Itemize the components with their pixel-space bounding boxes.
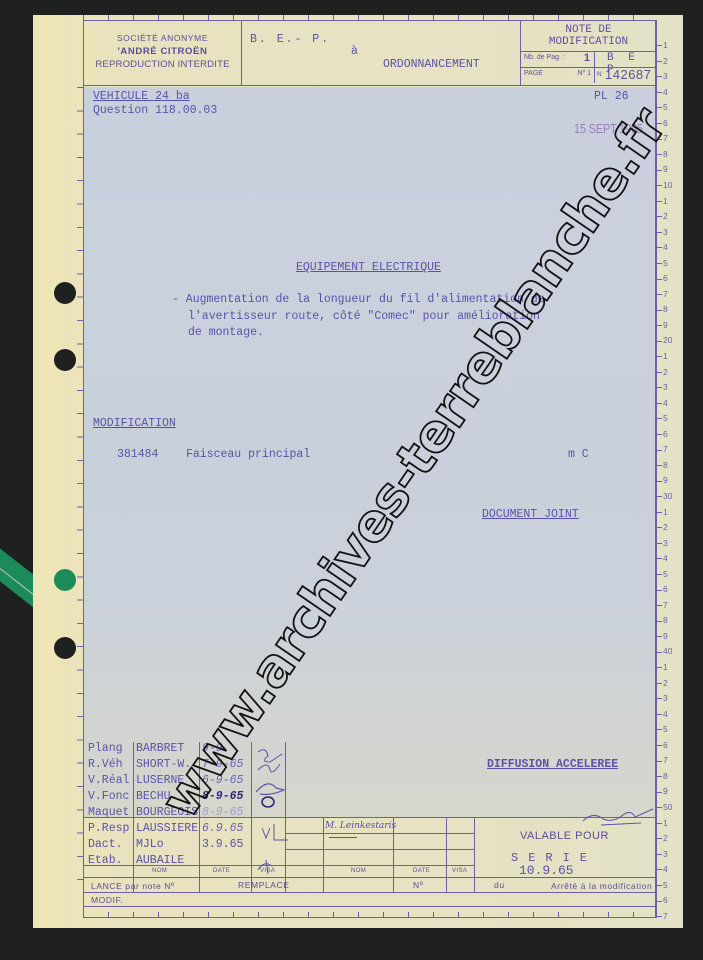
ruler-mark: 5 bbox=[656, 880, 668, 890]
pages-value: 1 bbox=[584, 52, 590, 64]
page-cell: PAGE Nº 1 bbox=[521, 68, 595, 83]
ruler-mark: 40 bbox=[656, 646, 672, 656]
role: Plang bbox=[88, 742, 123, 755]
punch-hole bbox=[54, 282, 76, 304]
ruler-mark: 9 bbox=[656, 631, 668, 641]
ruler-mark: 1 bbox=[656, 818, 668, 828]
pages-cell: Nb. de Pag. : 1 bbox=[521, 52, 595, 67]
modification-heading: MODIFICATION bbox=[93, 417, 176, 430]
grid-line bbox=[474, 817, 475, 892]
ruler-mark: 1 bbox=[656, 351, 668, 361]
ruler-mark: 1 bbox=[656, 662, 668, 672]
ruler-mark: 3 bbox=[656, 382, 668, 392]
ruler-mark: 20 bbox=[656, 335, 672, 345]
person-name: LAUSSIERE bbox=[136, 822, 198, 835]
ruler-mark: 4 bbox=[656, 242, 668, 252]
ruler-mark: 2 bbox=[656, 678, 668, 688]
lance-label: LANCE par note Nº bbox=[91, 881, 175, 891]
person-name: BARBRET bbox=[136, 742, 184, 755]
header-divider bbox=[84, 85, 655, 86]
number-label: Nº bbox=[413, 880, 423, 890]
question-ref: Question 118.00.03 bbox=[93, 104, 217, 117]
ruler-mark: 5 bbox=[656, 724, 668, 734]
note-title-line-2: MODIFICATION bbox=[521, 36, 656, 48]
ruler-mark: 10 bbox=[656, 180, 672, 190]
description-line-3: de montage. bbox=[188, 326, 264, 339]
note-title: NOTE DE MODIFICATION bbox=[521, 24, 656, 48]
ruler-mark: 4 bbox=[656, 709, 668, 719]
ruler-mark: 8 bbox=[656, 615, 668, 625]
modification-note-sheet: SOCIÉTÉ ANONYME 'ANDRÉ CITROËN REPRODUCT… bbox=[33, 15, 683, 928]
ruler-mark: 1 bbox=[656, 40, 668, 50]
page-number: Nº 1 bbox=[578, 70, 591, 77]
note-title-line-1: NOTE DE bbox=[521, 24, 656, 36]
handwritten-name: M. Leinkestaris bbox=[325, 821, 396, 831]
ruler-mark: 4 bbox=[656, 398, 668, 408]
du-label: du bbox=[494, 880, 505, 890]
ruler-mark: 6 bbox=[656, 895, 668, 905]
valid-for-label: VALABLE POUR bbox=[520, 830, 609, 842]
ruler-mark: 5 bbox=[656, 413, 668, 423]
section-title: EQUIPEMENT ELECTRIQUE bbox=[296, 261, 441, 274]
ruler-mark: 2 bbox=[656, 211, 668, 221]
series-date: 10.9.65 bbox=[519, 863, 574, 878]
column-header-nom: NOM bbox=[152, 868, 167, 874]
arrete-label: Arrêté à la modification bbox=[551, 881, 652, 891]
company-line-1: SOCIÉTÉ ANONYME bbox=[84, 32, 241, 45]
grid-line bbox=[84, 906, 655, 907]
ruler-mark: 6 bbox=[656, 740, 668, 750]
handwritten-underline bbox=[329, 837, 357, 838]
grid-line bbox=[285, 833, 474, 834]
vehicle-code: VEHICULE 24 ba bbox=[93, 90, 190, 103]
column-header-date: DATE bbox=[213, 868, 230, 874]
ruler-mark: 9 bbox=[656, 475, 668, 485]
approval-signature bbox=[581, 805, 661, 827]
signature-scribbles bbox=[252, 742, 288, 882]
ruler-mark: 7 bbox=[656, 600, 668, 610]
column-header-nom-2: NOM bbox=[351, 868, 366, 874]
ruler-mark: 5 bbox=[656, 102, 668, 112]
ruler-mark: 4 bbox=[656, 553, 668, 563]
reproduction-notice: REPRODUCTION INTERDITE bbox=[84, 58, 241, 71]
ruler-mark: 2 bbox=[656, 367, 668, 377]
punch-hole bbox=[54, 637, 76, 659]
recipient-department: ORDONNANCEMENT bbox=[383, 58, 480, 71]
ruler-mark: 6 bbox=[656, 429, 668, 439]
ruler-mark: 8 bbox=[656, 771, 668, 781]
ruler-mark: 5 bbox=[656, 258, 668, 268]
pages-row: Nb. de Pag. : 1 B E P bbox=[521, 51, 656, 67]
role: Dact. bbox=[88, 838, 123, 851]
ruler-mark: 7 bbox=[656, 289, 668, 299]
punch-hole bbox=[54, 349, 76, 371]
diffusion-notice: DIFFUSION ACCELEREE bbox=[487, 758, 618, 771]
grid-line bbox=[84, 817, 655, 818]
ruler-mark: 2 bbox=[656, 56, 668, 66]
grid-line bbox=[84, 892, 655, 893]
sender-department: B. E.- P. bbox=[250, 33, 330, 46]
company-block: SOCIÉTÉ ANONYME 'ANDRÉ CITROËN REPRODUCT… bbox=[84, 21, 242, 85]
sign-date: 6.9.65 bbox=[202, 822, 243, 835]
role: V.Fonc bbox=[88, 790, 129, 803]
to-preposition: à bbox=[351, 45, 358, 58]
page-label: PAGE bbox=[524, 70, 543, 77]
ruler-mark: 6 bbox=[656, 584, 668, 594]
ruler-mark: 9 bbox=[656, 164, 668, 174]
document-joint: DOCUMENT JOINT bbox=[482, 508, 579, 521]
column-header-visa-2: VISA bbox=[452, 868, 467, 874]
ruler-mark: 3 bbox=[656, 71, 668, 81]
sign-date: 3.9.65 bbox=[202, 838, 243, 851]
grid-line bbox=[323, 817, 324, 892]
ruler-mark: 6 bbox=[656, 273, 668, 283]
ruler-mark: 5 bbox=[656, 569, 668, 579]
ruler-mark: 3 bbox=[656, 538, 668, 548]
ruler-mark: 4 bbox=[656, 864, 668, 874]
ruler-mark: 7 bbox=[656, 444, 668, 454]
pl-ref: PL 26 bbox=[594, 90, 629, 103]
note-number: 142687 bbox=[605, 67, 651, 82]
punch-hole bbox=[54, 569, 76, 591]
ruler-mark: 7 bbox=[656, 755, 668, 765]
person-name: MJLo bbox=[136, 838, 164, 851]
ruler-mark: 2 bbox=[656, 833, 668, 843]
note-identification-box: NOTE DE MODIFICATION Nb. de Pag. : 1 B E… bbox=[520, 21, 656, 85]
ruler-mark: 3 bbox=[656, 227, 668, 237]
pages-label: Nb. de Pag. : bbox=[524, 54, 565, 61]
ruler-mark: 30 bbox=[656, 491, 672, 501]
ruler-mark: 8 bbox=[656, 460, 668, 470]
ruler-mark: 3 bbox=[656, 693, 668, 703]
ruler-mark: 2 bbox=[656, 522, 668, 532]
remplace-label: REMPLACE bbox=[238, 880, 290, 890]
ruler-mark: 8 bbox=[656, 304, 668, 314]
ruler-mark: 7 bbox=[656, 911, 668, 921]
grid-line bbox=[285, 849, 474, 850]
page-number-row: PAGE Nº 1 N 142687 bbox=[521, 67, 656, 83]
ruler-mark: 3 bbox=[656, 849, 668, 859]
grid-line bbox=[446, 817, 447, 892]
column-header-date-2: DATE bbox=[413, 868, 430, 874]
role: R.Véh bbox=[88, 758, 123, 771]
ruler-mark: 9 bbox=[656, 786, 668, 796]
ruler-mark: 9 bbox=[656, 320, 668, 330]
ruler-mark: 1 bbox=[656, 507, 668, 517]
note-number-label: N bbox=[597, 71, 602, 78]
part-name: Faisceau principal bbox=[186, 448, 310, 461]
part-code: m C bbox=[568, 448, 589, 461]
company-name: 'ANDRÉ CITROËN bbox=[84, 45, 241, 58]
modif-label: MODIF. bbox=[91, 895, 123, 905]
ruler-mark: 1 bbox=[656, 196, 668, 206]
role: P.Resp bbox=[88, 822, 129, 835]
part-number: 381484 bbox=[117, 448, 158, 461]
ruler-mark: 50 bbox=[656, 802, 672, 812]
role: V.Réal bbox=[88, 774, 129, 787]
ruler-mark: 4 bbox=[656, 87, 668, 97]
